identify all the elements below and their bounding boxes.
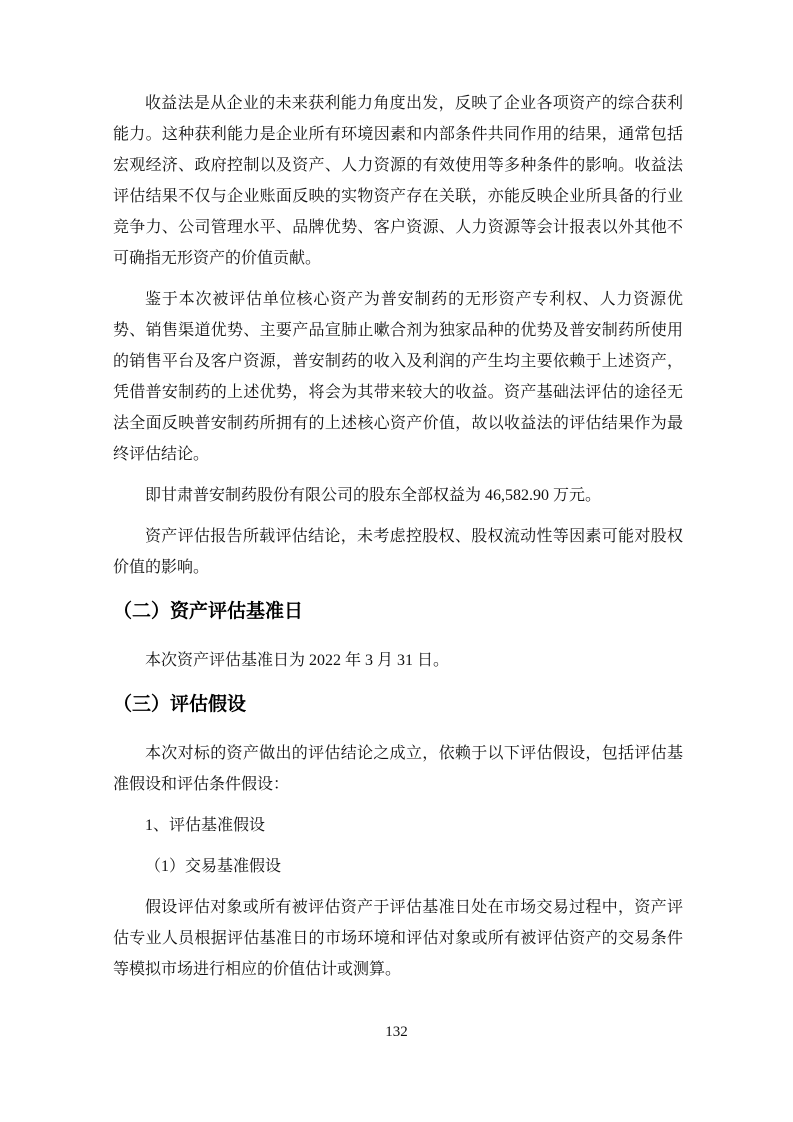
document-page: 收益法是从企业的未来获利能力角度出发，反映了企业各项资产的综合获利能力。这种获利… <box>0 0 793 1122</box>
paragraph-conclusion-note: 资产评估报告所载评估结论，未考虑控股权、股权流动性等因素可能对股权价值的影响。 <box>113 521 683 583</box>
paragraph-base-date: 本次资产评估基准日为 2022 年 3 月 31 日。 <box>113 645 683 676</box>
paragraph-transaction-assumption: 假设评估对象或所有被评估资产于评估基准日处在市场交易过程中，资产评估专业人员根据… <box>113 892 683 985</box>
heading-section-3-assumptions: （三）评估假设 <box>113 690 683 720</box>
list-item-assumption-1: 1、评估基准假设 <box>113 810 683 841</box>
list-item-assumption-1-1: （1）交易基准假设 <box>113 851 683 882</box>
paragraph-assumptions-intro: 本次对标的资产做出的评估结论之成立，依赖于以下评估假设，包括评估基准假设和评估条… <box>113 738 683 800</box>
paragraph-equity-value: 即甘肃普安制药股份有限公司的股东全部权益为 46,582.90 万元。 <box>113 480 683 511</box>
heading-section-2-base-date: （二）资产评估基准日 <box>113 597 683 627</box>
paragraph-core-assets-rationale: 鉴于本次被评估单位核心资产为普安制药的无形资产专利权、人力资源优势、销售渠道优势… <box>113 284 683 470</box>
paragraph-income-method: 收益法是从企业的未来获利能力角度出发，反映了企业各项资产的综合获利能力。这种获利… <box>113 88 683 274</box>
page-number: 132 <box>0 1022 793 1042</box>
